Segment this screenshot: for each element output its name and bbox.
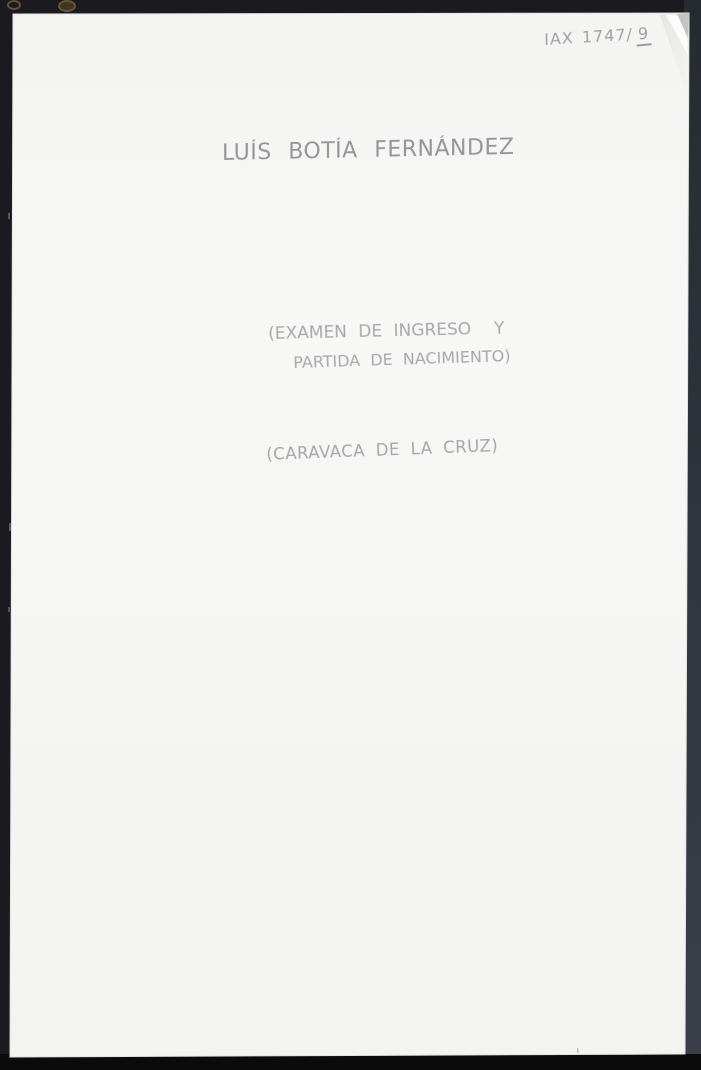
rust-mark-right xyxy=(59,1,75,11)
scanned-document-photo: IAX 1747/9 LUÍS BOTÍA FERNÁNDEZ (EXAMEN … xyxy=(0,0,701,1070)
mount-fleck xyxy=(9,523,11,531)
mount-fleck xyxy=(8,607,10,612)
paper-sheet xyxy=(10,13,689,1057)
mount-fleck xyxy=(8,213,10,219)
archive-reference-code: IAX 1747/ xyxy=(544,25,633,49)
archive-reference-page: 9 xyxy=(635,24,651,47)
paper-speck xyxy=(577,1048,579,1053)
